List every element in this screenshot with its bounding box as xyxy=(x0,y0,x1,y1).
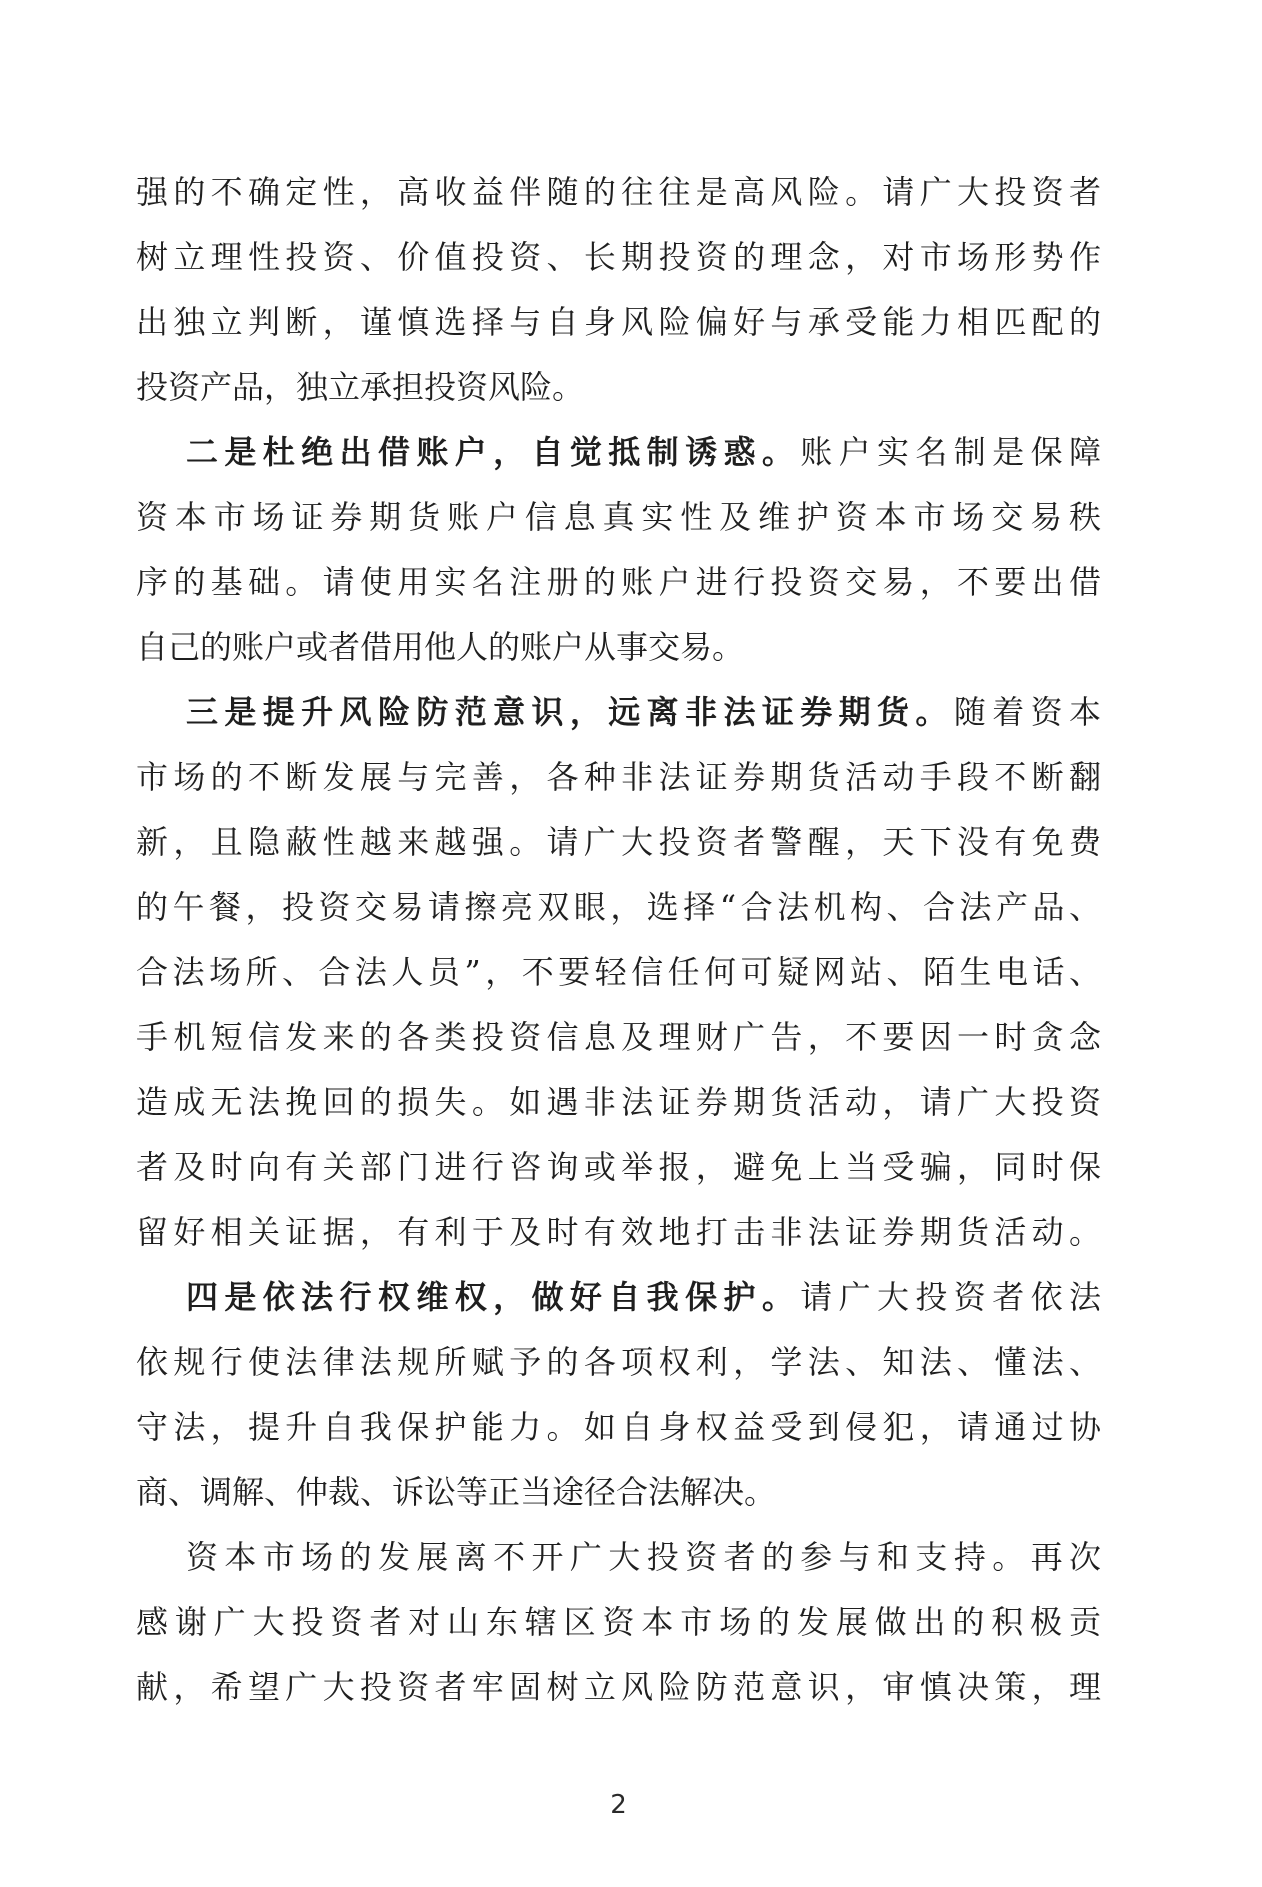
text-line: 投资产品，独立承担投资风险。 xyxy=(136,355,1101,420)
bold-lead-text: 四是依法行权维权，做好自我保护。 xyxy=(186,1278,800,1316)
text-line: 四是依法行权维权，做好自我保护。请广大投资者依法 xyxy=(136,1265,1101,1330)
text-line: 市场的不断发展与完善，各种非法证券期货活动手段不断翻 xyxy=(136,745,1101,810)
body-text: 感谢广大投资者对山东辖区资本市场的发展做出的积极贡 xyxy=(136,1603,1101,1641)
body-text: 自己的账户或者借用他人的账户从事交易。 xyxy=(136,628,744,666)
text-line: 的午餐，投资交易请擦亮双眼，选择“合法机构、合法产品、 xyxy=(136,875,1101,940)
body-text: 手机短信发来的各类投资信息及理财广告，不要因一时贪念 xyxy=(136,1018,1101,1056)
text-line: 三是提升风险防范意识，远离非法证券期货。随着资本 xyxy=(136,680,1101,745)
body-text: 账户实名制是保障 xyxy=(800,433,1101,471)
page-number: 2 xyxy=(610,1790,627,1820)
text-line: 留好相关证据，有利于及时有效地打击非法证券期货活动。 xyxy=(136,1200,1101,1265)
text-line: 出独立判断，谨慎选择与自身风险偏好与承受能力相匹配的 xyxy=(136,290,1101,355)
text-line: 依规行使法律法规所赋予的各项权利，学法、知法、懂法、 xyxy=(136,1330,1101,1395)
body-text: 的午餐，投资交易请擦亮双眼，选择“合法机构、合法产品、 xyxy=(136,888,1101,926)
body-text: 树立理性投资、价值投资、长期投资的理念，对市场形势作 xyxy=(136,238,1101,276)
text-line: 者及时向有关部门进行咨询或举报，避免上当受骗，同时保 xyxy=(136,1135,1101,1200)
body-text: 序的基础。请使用实名注册的账户进行投资交易，不要出借 xyxy=(136,563,1101,601)
text-line: 二是杜绝出借账户，自觉抵制诱惑。账户实名制是保障 xyxy=(136,420,1101,485)
body-text: 市场的不断发展与完善，各种非法证券期货活动手段不断翻 xyxy=(136,758,1101,796)
bold-lead-text: 二是杜绝出借账户，自觉抵制诱惑。 xyxy=(186,433,800,471)
body-text: 者及时向有关部门进行咨询或举报，避免上当受骗，同时保 xyxy=(136,1148,1101,1186)
document-page: 强的不确定性，高收益伴随的往往是高风险。请广大投资者树立理性投资、价值投资、长期… xyxy=(0,0,1262,1887)
body-text: 献，希望广大投资者牢固树立风险防范意识，审慎决策，理 xyxy=(136,1668,1101,1706)
text-line: 手机短信发来的各类投资信息及理财广告，不要因一时贪念 xyxy=(136,1005,1101,1070)
body-text: 随着资本 xyxy=(954,693,1101,731)
body-text: 出独立判断，谨慎选择与自身风险偏好与承受能力相匹配的 xyxy=(136,303,1101,341)
body-text: 留好相关证据，有利于及时有效地打击非法证券期货活动。 xyxy=(136,1213,1101,1251)
text-line: 资本市场的发展离不开广大投资者的参与和支持。再次 xyxy=(136,1525,1101,1590)
body-text: 资本市场证券期货账户信息真实性及维护资本市场交易秩 xyxy=(136,498,1101,536)
text-line: 感谢广大投资者对山东辖区资本市场的发展做出的积极贡 xyxy=(136,1590,1101,1655)
text-line: 树立理性投资、价值投资、长期投资的理念，对市场形势作 xyxy=(136,225,1101,290)
document-body: 强的不确定性，高收益伴随的往往是高风险。请广大投资者树立理性投资、价值投资、长期… xyxy=(136,160,1101,1720)
body-text: 资本市场的发展离不开广大投资者的参与和支持。再次 xyxy=(186,1538,1101,1576)
text-line: 献，希望广大投资者牢固树立风险防范意识，审慎决策，理 xyxy=(136,1655,1101,1720)
body-text: 请广大投资者依法 xyxy=(800,1278,1101,1316)
text-line: 造成无法挽回的损失。如遇非法证券期货活动，请广大投资 xyxy=(136,1070,1101,1135)
body-text: 造成无法挽回的损失。如遇非法证券期货活动，请广大投资 xyxy=(136,1083,1101,1121)
bold-lead-text: 三是提升风险防范意识，远离非法证券期货。 xyxy=(186,693,954,731)
text-line: 守法，提升自我保护能力。如自身权益受到侵犯，请通过协 xyxy=(136,1395,1101,1460)
body-text: 依规行使法律法规所赋予的各项权利，学法、知法、懂法、 xyxy=(136,1343,1101,1381)
text-line: 自己的账户或者借用他人的账户从事交易。 xyxy=(136,615,1101,680)
text-line: 序的基础。请使用实名注册的账户进行投资交易，不要出借 xyxy=(136,550,1101,615)
text-line: 商、调解、仲裁、诉讼等正当途径合法解决。 xyxy=(136,1460,1101,1525)
body-text: 守法，提升自我保护能力。如自身权益受到侵犯，请通过协 xyxy=(136,1408,1101,1446)
page-footer: 2 xyxy=(136,1790,1101,1820)
body-text: 新，且隐蔽性越来越强。请广大投资者警醒，天下没有免费 xyxy=(136,823,1101,861)
text-line: 新，且隐蔽性越来越强。请广大投资者警醒，天下没有免费 xyxy=(136,810,1101,875)
body-text: 商、调解、仲裁、诉讼等正当途径合法解决。 xyxy=(136,1473,776,1511)
body-text: 强的不确定性，高收益伴随的往往是高风险。请广大投资者 xyxy=(136,173,1101,211)
text-line: 强的不确定性，高收益伴随的往往是高风险。请广大投资者 xyxy=(136,160,1101,225)
text-line: 资本市场证券期货账户信息真实性及维护资本市场交易秩 xyxy=(136,485,1101,550)
body-text: 投资产品，独立承担投资风险。 xyxy=(136,368,584,406)
text-line: 合法场所、合法人员”，不要轻信任何可疑网站、陌生电话、 xyxy=(136,940,1101,1005)
body-text: 合法场所、合法人员”，不要轻信任何可疑网站、陌生电话、 xyxy=(136,953,1101,991)
